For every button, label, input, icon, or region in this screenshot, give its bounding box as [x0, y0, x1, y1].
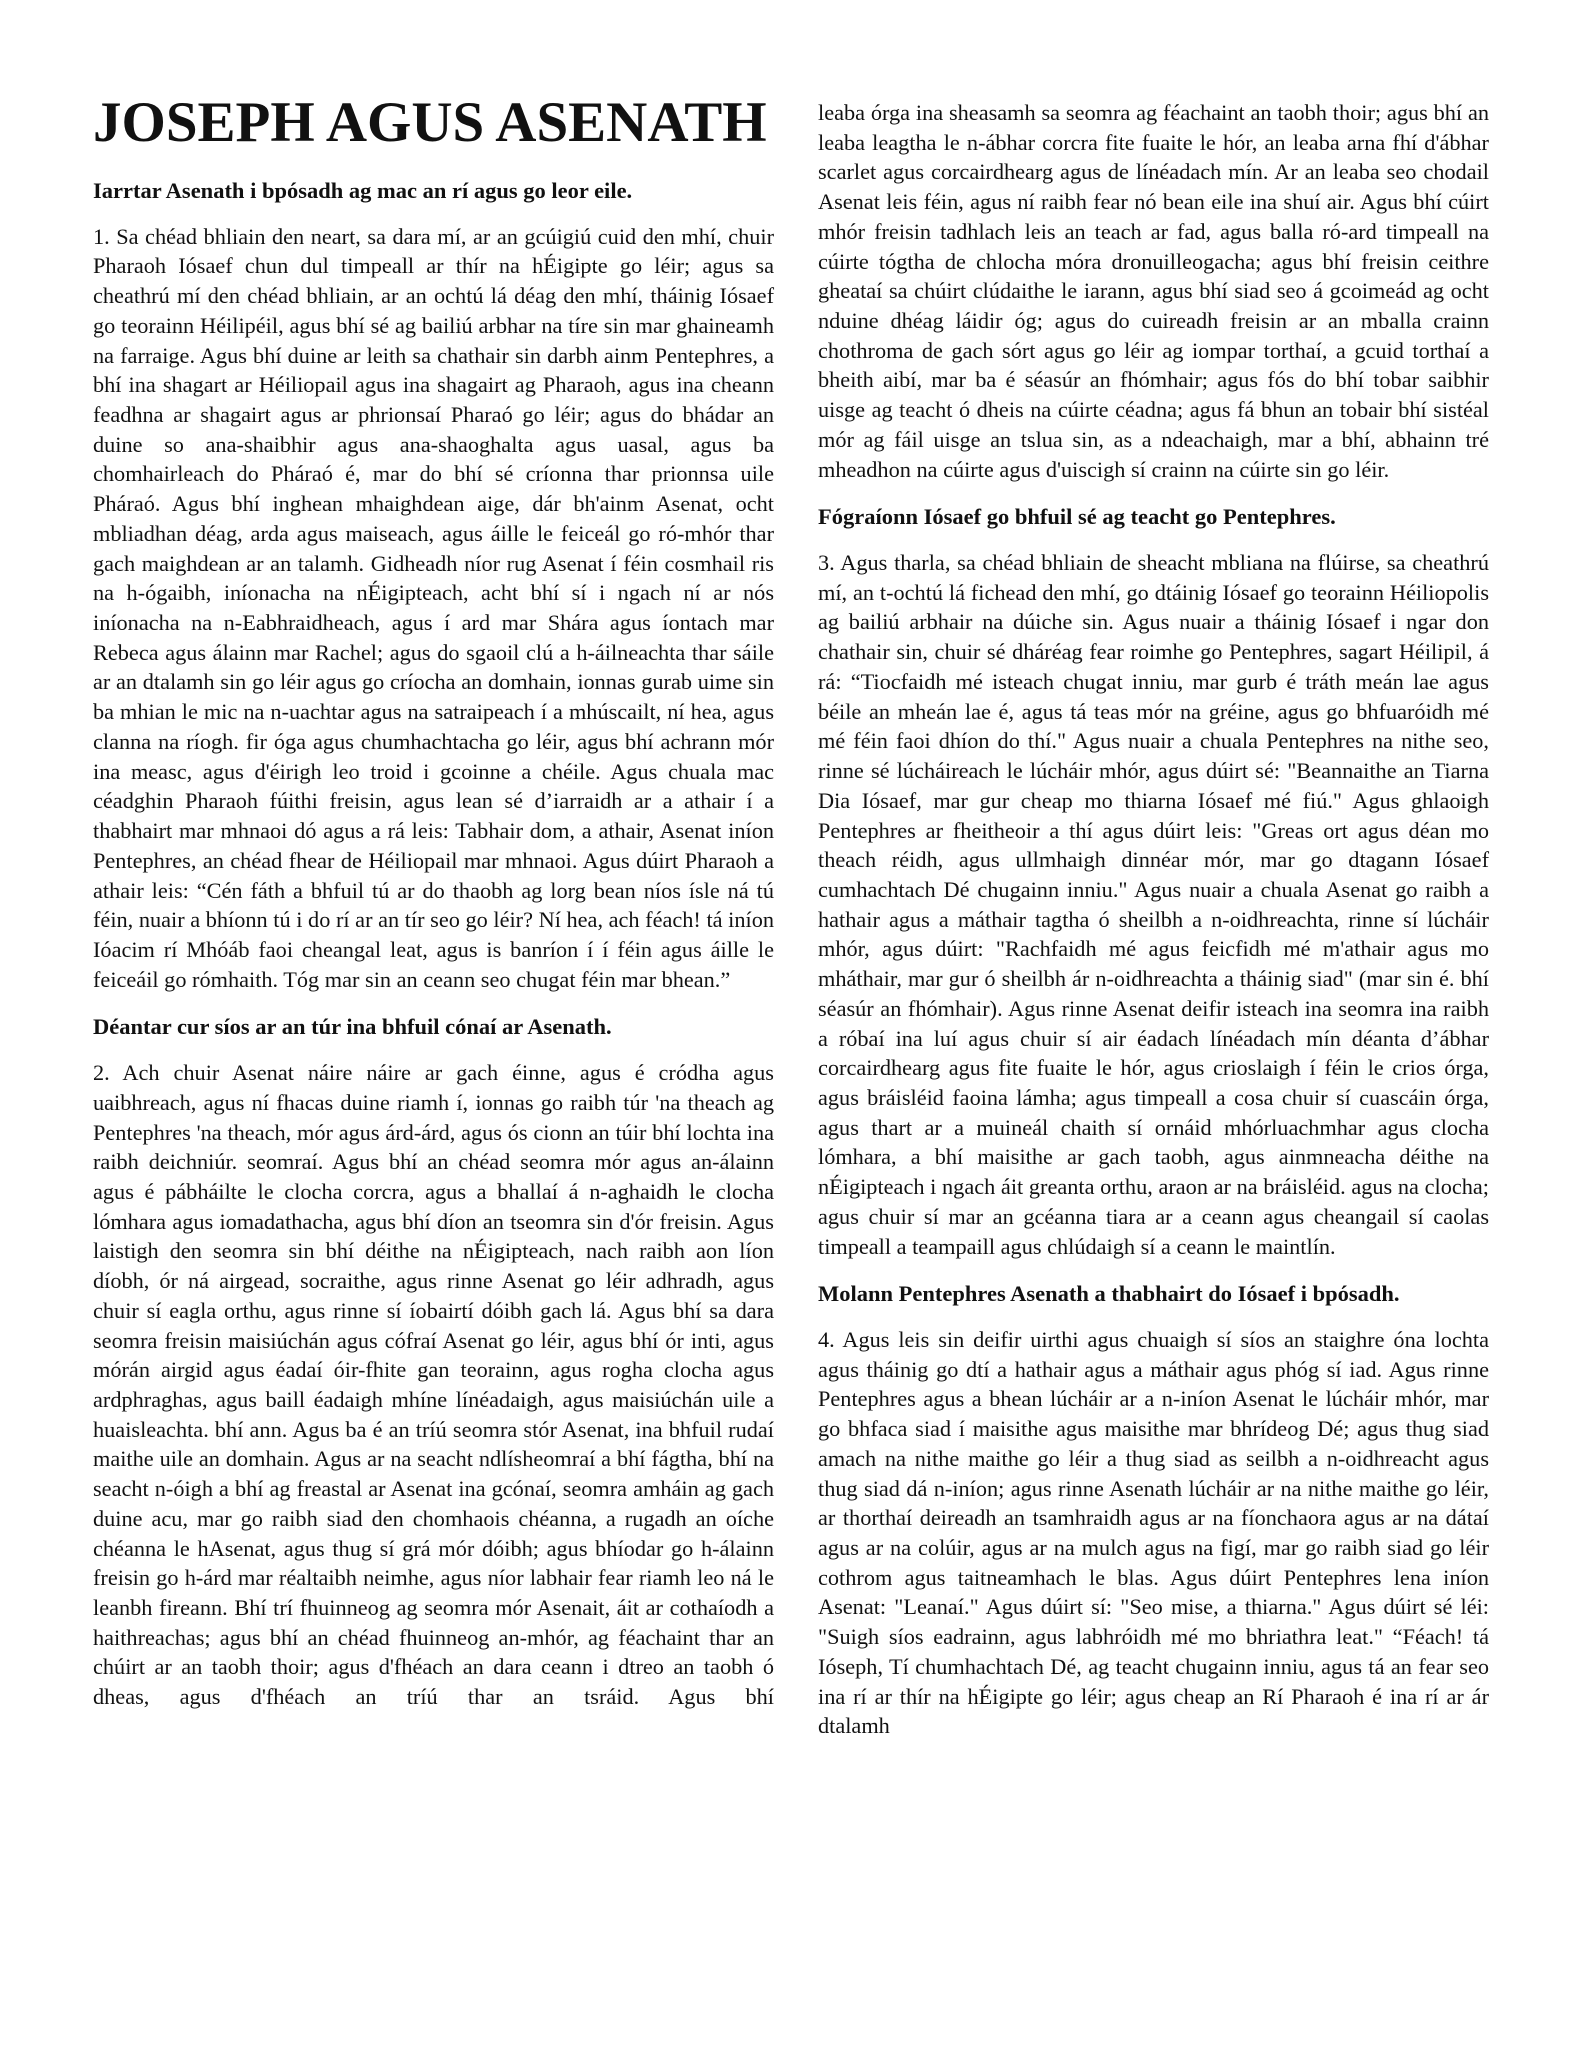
- section-4-paragraph: 4. Agus leis sin deifir uirthi agus chua…: [818, 1325, 1489, 1741]
- section-1-heading: Iarrtar Asenath i bpósadh ag mac an rí a…: [93, 176, 774, 206]
- section-3-paragraph: 3. Agus tharla, sa chéad bhliain de shea…: [818, 548, 1489, 1261]
- section-2-paragraph-part-2: leaba órga ina sheasamh sa seomra ag féa…: [818, 98, 1489, 484]
- section-2-heading: Déantar cur síos ar an túr ina bhfuil có…: [93, 1012, 774, 1042]
- left-column: JOSEPH AGUS ASENATH Iarrtar Asenath i bp…: [93, 92, 774, 1712]
- document-title: JOSEPH AGUS ASENATH: [93, 92, 774, 154]
- section-3-heading: Fógraíonn Iósaef go bhfuil sé ag teacht …: [818, 502, 1489, 532]
- section-1-paragraph: 1. Sa chéad bhliain den neart, sa dara m…: [93, 222, 774, 995]
- document-page: JOSEPH AGUS ASENATH Iarrtar Asenath i bp…: [0, 0, 1583, 2048]
- right-column: leaba órga ina sheasamh sa seomra ag féa…: [818, 98, 1489, 1741]
- section-2-paragraph-part-1: 2. Ach chuir Asenat náire náire ar gach …: [93, 1058, 774, 1712]
- section-4-heading: Molann Pentephres Asenath a thabhairt do…: [818, 1279, 1489, 1309]
